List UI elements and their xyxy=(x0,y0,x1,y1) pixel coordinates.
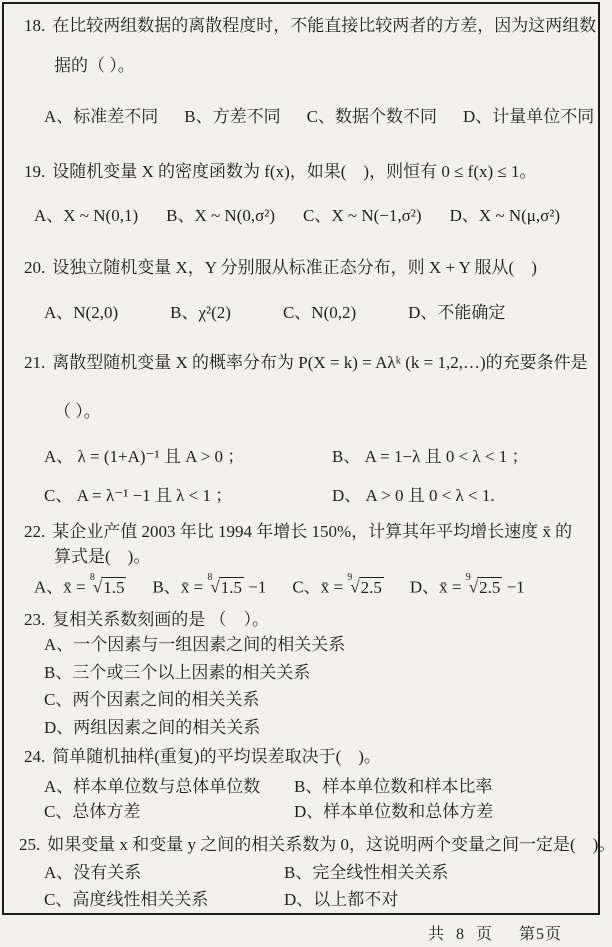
question-text: 简单随机抽样(重复)的平均误差取决于( )。 xyxy=(52,747,381,766)
option-label: D、 xyxy=(410,578,439,597)
option-a: A、 λ = (1+A)⁻¹ 且 A > 0 ； xyxy=(44,445,332,469)
question-text: 设独立随机变量 X，Y 分别服从标准正态分布，则 X + Y 服从( ) xyxy=(52,258,537,277)
option-d: D、计量单位不同 xyxy=(463,105,594,129)
option-c: C、总体方差 xyxy=(44,800,294,824)
option-d: D、不能确定 xyxy=(408,301,505,325)
question-number: 23. xyxy=(24,610,45,629)
question-number: 19. xyxy=(24,162,45,181)
option-d: D、样本单位数和总体方差 xyxy=(294,800,596,824)
exam-page: { "math": { "sqrt": "√" }, "footer": { "… xyxy=(0,0,612,947)
option-b: B、χ²(2) xyxy=(170,301,231,325)
question-25: 25.如果变量 x 和变量 y 之间的相关系数为 0，这说明两个变量之间一定是(… xyxy=(24,833,596,912)
option-label: C、 xyxy=(292,578,320,597)
root-index: 9 xyxy=(347,572,352,583)
question-18: 18.在比较两组数据的离散程度时，不能直接比较两者的方差，因为这两组数 据的（ … xyxy=(24,14,596,129)
option-d: D、两组因素之间的相关关系 xyxy=(24,716,596,740)
option-b: B、三个或三个以上因素的相关关系 xyxy=(24,661,596,685)
root-index: 8 xyxy=(207,572,212,583)
radicand: 2.5 xyxy=(477,577,502,597)
current-page-label: 第5页 xyxy=(519,921,562,944)
option-c: C、x̄ = 9√2.5 xyxy=(292,572,384,600)
radicand: 2.5 xyxy=(359,577,384,597)
radicand: 1.5 xyxy=(101,577,126,597)
question-number: 21. xyxy=(24,353,45,372)
option-b: B、x̄ = 8√1.5 −1 xyxy=(152,572,266,600)
radicand: 1.5 xyxy=(219,577,244,597)
root-index: 8 xyxy=(90,572,95,583)
options-row: A、标准差不同 B、方差不同 C、数据个数不同 D、计量单位不同 xyxy=(24,105,596,129)
question-text: 复相关系数刻画的是 （ ）。 xyxy=(52,610,269,629)
option-a: A、N(2,0) xyxy=(44,301,118,325)
question-22: 22.某企业产值 2003 年比 1994 年增长 150%，计算其年平均增长速… xyxy=(24,520,596,600)
question-text: 某企业产值 2003 年比 1994 年增长 150%，计算其年平均增长速度 x… xyxy=(52,522,572,541)
option-b: B、完全线性相关关系 xyxy=(284,861,596,885)
question-text: 设随机变量 X 的密度函数为 f(x)，如果( )，则恒有 0 ≤ f(x) ≤… xyxy=(52,162,536,181)
option-a: A、x̄ = 8√1.5 xyxy=(34,572,126,600)
option-label: B、 xyxy=(152,578,180,597)
formula-prefix: x̄ = xyxy=(63,578,90,597)
question-text-continued: 算式是( )。 xyxy=(24,545,596,569)
option-b: B、X ~ N(0,σ²) xyxy=(166,204,275,228)
question-text: 如果变量 x 和变量 y 之间的相关系数为 0，这说明两个变量之间一定是( )。 xyxy=(47,835,612,854)
option-a: A、X ~ N(0,1) xyxy=(34,204,138,228)
question-number: 24. xyxy=(24,747,45,766)
option-d: D、以上都不对 xyxy=(284,888,596,912)
question-text-continued: （ ）。 xyxy=(24,400,596,424)
options-row: A、x̄ = 8√1.5 B、x̄ = 8√1.5 −1 C、x̄ = 9√2.… xyxy=(24,572,596,600)
option-c: C、X ~ N(−1,σ²) xyxy=(303,204,422,228)
options-row: A、N(2,0) B、χ²(2) C、N(0,2) D、不能确定 xyxy=(24,301,596,325)
formula-suffix: −1 xyxy=(244,578,266,597)
page-footer: 共 8 页 第5页 xyxy=(0,921,612,945)
options-row: A、没有关系 B、完全线性相关关系 xyxy=(24,861,596,885)
options-row: C、高度线性相关关系 D、以上都不对 xyxy=(24,888,596,912)
options-row: C、总体方差 D、样本单位数和总体方差 xyxy=(24,800,596,824)
options-row: A、X ~ N(0,1) B、X ~ N(0,σ²) C、X ~ N(−1,σ²… xyxy=(24,204,596,228)
option-d: D、X ~ N(μ,σ²) xyxy=(450,204,560,228)
option-b: B、样本单位数和样本比率 xyxy=(294,775,596,799)
question-text-continued: 据的（ ）。 xyxy=(24,54,596,78)
question-23: 23.复相关系数刻画的是 （ ）。 A、一个因素与一组因素之间的相关关系 B、三… xyxy=(24,608,596,740)
question-number: 22. xyxy=(24,522,45,541)
option-a: A、没有关系 xyxy=(44,861,284,885)
question-24: 24.简单随机抽样(重复)的平均误差取决于( )。 A、样本单位数与总体单位数 … xyxy=(24,745,596,824)
option-a: A、样本单位数与总体单位数 xyxy=(44,775,294,799)
question-text: 离散型随机变量 X 的概率分布为 P(X = k) = Aλᵏ (k = 1,2… xyxy=(52,353,587,372)
option-c: C、两个因素之间的相关关系 xyxy=(24,688,596,712)
total-pages-label: 共 8 页 xyxy=(428,921,496,944)
option-c: C、数据个数不同 xyxy=(307,105,437,129)
option-b: B、 A = 1−λ 且 0 < λ < 1 ； xyxy=(332,445,596,469)
question-19: 19.设随机变量 X 的密度函数为 f(x)，如果( )，则恒有 0 ≤ f(x… xyxy=(24,160,596,228)
options-row: A、样本单位数与总体单位数 B、样本单位数和样本比率 xyxy=(24,775,596,799)
option-b: B、方差不同 xyxy=(184,105,280,129)
option-c: C、N(0,2) xyxy=(283,301,356,325)
option-d: D、x̄ = 9√2.5 −1 xyxy=(410,572,525,600)
question-number: 18. xyxy=(24,16,45,35)
formula-prefix: x̄ = xyxy=(181,578,208,597)
option-a: A、一个因素与一组因素之间的相关关系 xyxy=(24,633,596,657)
options-row: A、 λ = (1+A)⁻¹ 且 A > 0 ； B、 A = 1−λ 且 0 … xyxy=(24,445,596,469)
option-d: D、 A > 0 且 0 < λ < 1. xyxy=(332,484,596,508)
question-21: 21.离散型随机变量 X 的概率分布为 P(X = k) = Aλᵏ (k = … xyxy=(24,351,596,508)
option-c: C、高度线性相关关系 xyxy=(44,888,284,912)
formula-suffix: −1 xyxy=(502,578,524,597)
options-row: C、 A = λ⁻¹ −1 且 λ < 1 ； D、 A > 0 且 0 < λ… xyxy=(24,484,596,508)
question-text: 在比较两组数据的离散程度时，不能直接比较两者的方差，因为这两组数 xyxy=(52,16,596,35)
question-20: 20.设独立随机变量 X，Y 分别服从标准正态分布，则 X + Y 服从( ) … xyxy=(24,256,596,325)
formula-prefix: x̄ = xyxy=(321,578,348,597)
question-number: 20. xyxy=(24,258,45,277)
root-index: 9 xyxy=(466,572,471,583)
formula-prefix: x̄ = xyxy=(439,578,466,597)
option-label: A、 xyxy=(34,578,63,597)
question-number: 25. xyxy=(19,835,40,854)
option-c: C、 A = λ⁻¹ −1 且 λ < 1 ； xyxy=(44,484,332,508)
questions-area: 18.在比较两组数据的离散程度时，不能直接比较两者的方差，因为这两组数 据的（ … xyxy=(24,14,596,912)
option-a: A、标准差不同 xyxy=(44,105,158,129)
